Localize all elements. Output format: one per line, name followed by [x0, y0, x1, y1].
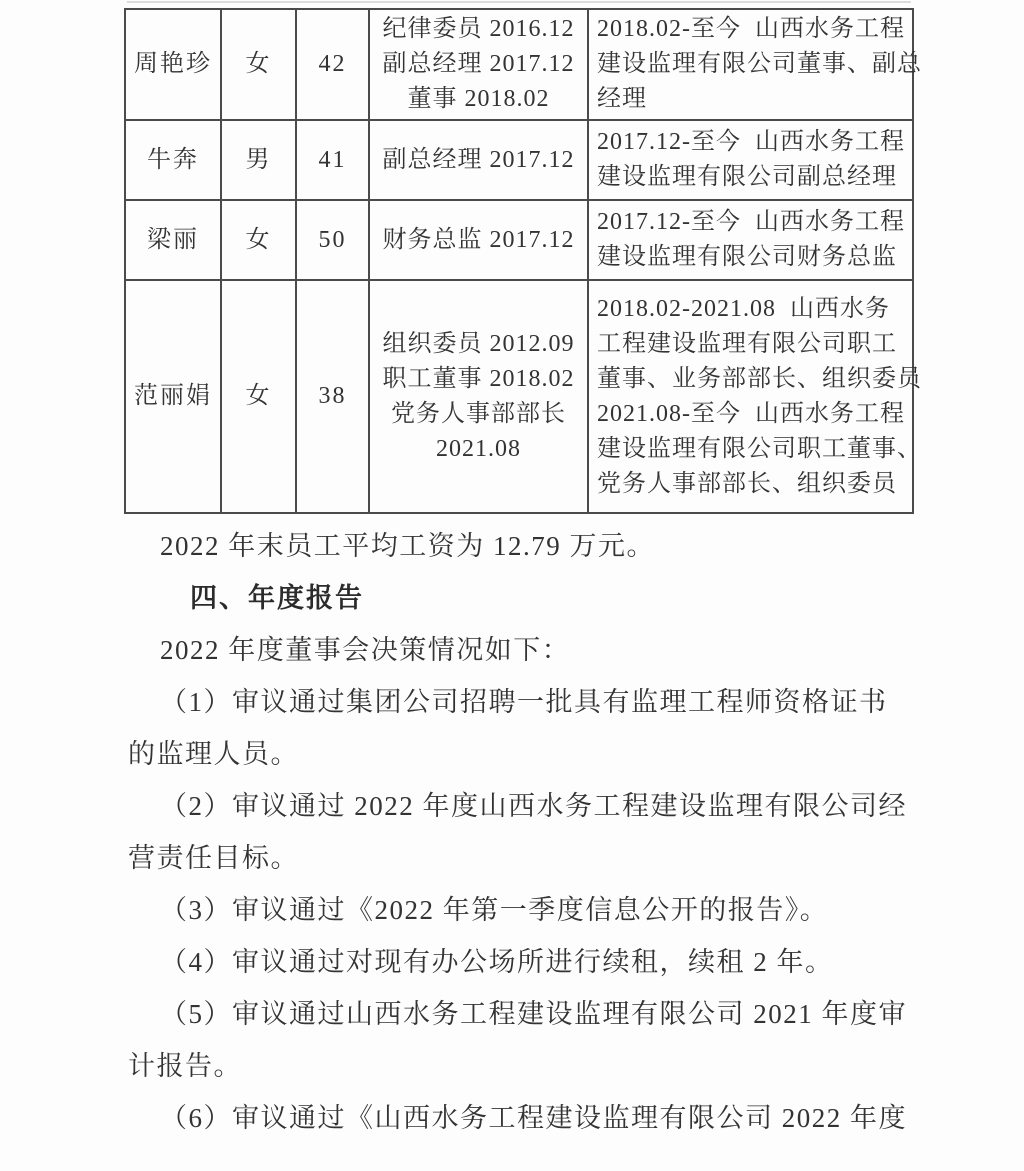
report-body: 2022 年末员工平均工资为 12.79 万元。 四、年度报告 2022 年度董…: [128, 520, 918, 1144]
cell-experience: 2018.02-至今 山西水务工程 建设监理有限公司董事、副总 经理: [588, 9, 913, 120]
cell-gender: 女: [221, 200, 296, 280]
management-personnel-table: 周艳珍 女 42 纪律委员 2016.12 副总经理 2017.12 董事 20…: [124, 8, 914, 514]
decision-item-1: （1）审议通过集团公司招聘一批具有监理工程师资格证书 的监理人员。: [128, 676, 918, 780]
decision-item-3: （3）审议通过《2022 年第一季度信息公开的报告》。: [128, 884, 918, 936]
cell-name: 范丽娟: [125, 280, 221, 513]
decision-item-5: （5）审议通过山西水务工程建设监理有限公司 2021 年度审 计报告。: [128, 988, 918, 1092]
cell-age: 38: [296, 280, 369, 513]
table-row: 周艳珍 女 42 纪律委员 2016.12 副总经理 2017.12 董事 20…: [125, 9, 913, 120]
decision-item-4: （4）审议通过对现有办公场所进行续租，续租 2 年。: [128, 936, 918, 988]
cell-experience: 2017.12-至今 山西水务工程 建设监理有限公司副总经理: [588, 120, 913, 200]
cell-positions: 财务总监 2017.12: [369, 200, 588, 280]
cell-age: 50: [296, 200, 369, 280]
intro-line: 2022 年度董事会决策情况如下：: [128, 624, 918, 676]
cell-gender: 女: [221, 9, 296, 120]
cell-experience: 2017.12-至今 山西水务工程 建设监理有限公司财务总监: [588, 200, 913, 280]
salary-note: 2022 年末员工平均工资为 12.79 万元。: [128, 520, 918, 572]
document-page: 周艳珍 女 42 纪律委员 2016.12 副总经理 2017.12 董事 20…: [0, 0, 1024, 1171]
table-row: 梁丽 女 50 财务总监 2017.12 2017.12-至今 山西水务工程 建…: [125, 200, 913, 280]
cell-age: 41: [296, 120, 369, 200]
table-row: 范丽娟 女 38 组织委员 2012.09 职工董事 2018.02 党务人事部…: [125, 280, 913, 513]
cell-age: 42: [296, 9, 369, 120]
cell-gender: 女: [221, 280, 296, 513]
cell-positions: 副总经理 2017.12: [369, 120, 588, 200]
decision-item-6: （6）审议通过《山西水务工程建设监理有限公司 2022 年度: [128, 1092, 918, 1144]
cell-name: 梁丽: [125, 200, 221, 280]
cell-name: 牛奔: [125, 120, 221, 200]
cell-positions: 组织委员 2012.09 职工董事 2018.02 党务人事部部长 2021.0…: [369, 280, 588, 513]
decision-item-2: （2）审议通过 2022 年度山西水务工程建设监理有限公司经 营责任目标。: [128, 780, 918, 884]
cell-experience: 2018.02-2021.08 山西水务 工程建设监理有限公司职工 董事、业务部…: [588, 280, 913, 513]
scan-artifact-line: [127, 1, 911, 3]
cell-name: 周艳珍: [125, 9, 221, 120]
cell-gender: 男: [221, 120, 296, 200]
cell-positions: 纪律委员 2016.12 副总经理 2017.12 董事 2018.02: [369, 9, 588, 120]
section-heading: 四、年度报告: [128, 572, 918, 624]
table-row: 牛奔 男 41 副总经理 2017.12 2017.12-至今 山西水务工程 建…: [125, 120, 913, 200]
